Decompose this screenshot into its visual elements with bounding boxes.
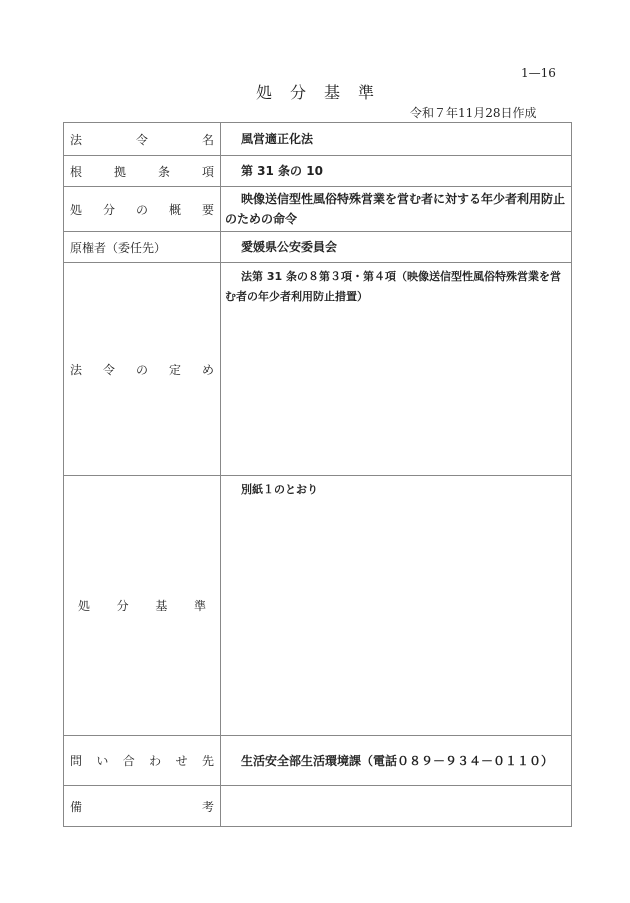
- label-remarks: 備考: [64, 786, 221, 827]
- value-disposition-criteria: 別紙１のとおり: [221, 476, 572, 736]
- row-basis-article: 根拠条項 第 31 条の 10: [64, 156, 572, 187]
- page-title: 処分基準: [0, 80, 630, 103]
- value-disposition-summary: 映像送信型性風俗特殊営業を営む者に対する年少者利用防止のための命令: [221, 187, 572, 232]
- value-contact: 生活安全部生活環境課（電話０８９－９３４－０１１０）: [221, 736, 572, 786]
- label-basis-article: 根拠条項: [64, 156, 221, 187]
- disposition-table: 法令名 風営適正化法 根拠条項 第 31 条の 10 処分の概要 映像送信型性風…: [63, 122, 572, 827]
- label-law-name: 法令名: [64, 123, 221, 156]
- row-disposition-criteria: 処分基準 別紙１のとおり: [64, 476, 572, 736]
- creation-date: 令和７年11月28日作成: [410, 104, 537, 121]
- row-original-authority: 原権者（委任先） 愛媛県公安委員会: [64, 232, 572, 263]
- value-legal-provision: 法第 31 条の８第３項・第４項（映像送信型性風俗特殊営業を営む者の年少者利用防…: [221, 263, 572, 476]
- label-legal-provision: 法令の定め: [64, 263, 221, 476]
- label-original-authority: 原権者（委任先）: [64, 232, 221, 263]
- page-number: 1—16: [521, 66, 556, 80]
- value-basis-article: 第 31 条の 10: [221, 156, 572, 187]
- value-remarks: [221, 786, 572, 827]
- row-remarks: 備考: [64, 786, 572, 827]
- row-law-name: 法令名 風営適正化法: [64, 123, 572, 156]
- label-disposition-summary: 処分の概要: [64, 187, 221, 232]
- row-contact: 問い合わせ先 生活安全部生活環境課（電話０８９－９３４－０１１０）: [64, 736, 572, 786]
- value-law-name: 風営適正化法: [221, 123, 572, 156]
- value-original-authority: 愛媛県公安委員会: [221, 232, 572, 263]
- row-legal-provision: 法令の定め 法第 31 条の８第３項・第４項（映像送信型性風俗特殊営業を営む者の…: [64, 263, 572, 476]
- label-disposition-criteria: 処分基準: [64, 476, 221, 736]
- label-contact: 問い合わせ先: [64, 736, 221, 786]
- row-disposition-summary: 処分の概要 映像送信型性風俗特殊営業を営む者に対する年少者利用防止のための命令: [64, 187, 572, 232]
